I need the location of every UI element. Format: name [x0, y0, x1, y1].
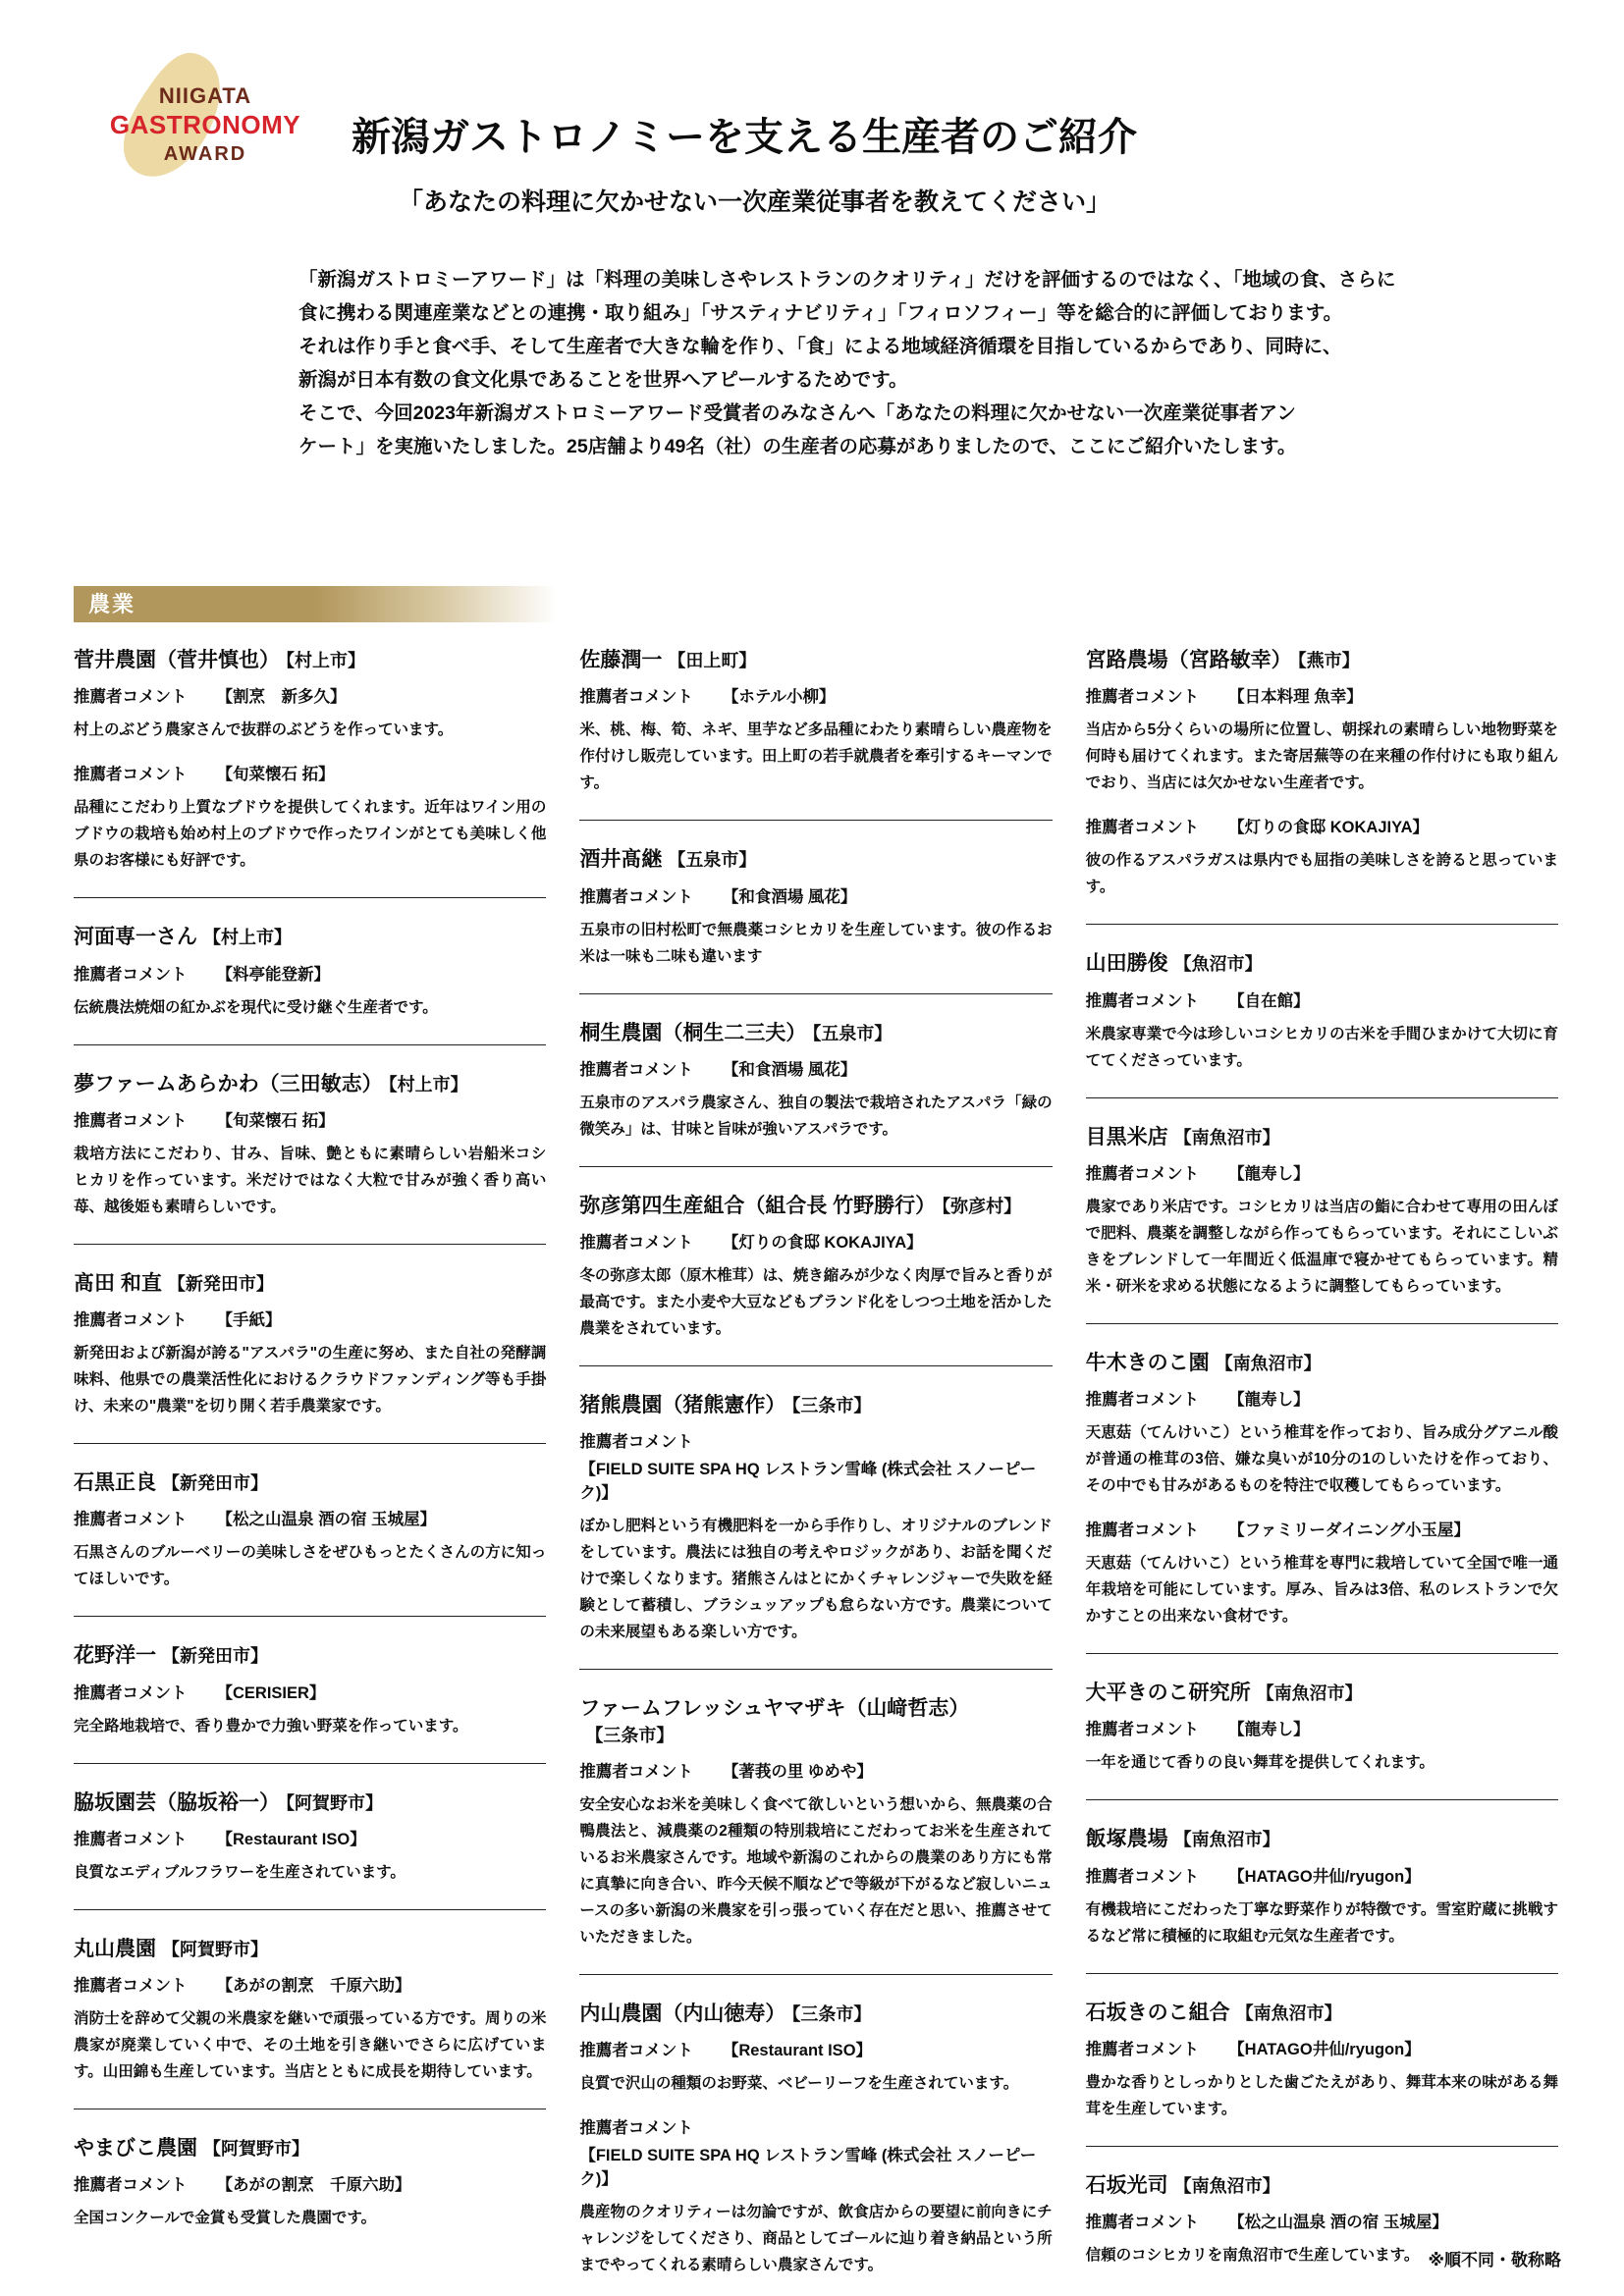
entry-divider: [1086, 924, 1558, 925]
producer-name-text: 夢ファームあらかわ（三田敏志）: [74, 1073, 383, 1095]
recommendation-text: 全国コンクールで金賞も受賞した農園です。: [74, 2205, 546, 2231]
recommender-label: 推薦者コメント: [1086, 992, 1200, 1010]
recommender-label: 推薦者コメント: [579, 688, 693, 706]
producer-name-text: 酒井髙継: [579, 848, 662, 871]
producer-city: 【五泉市】: [668, 850, 756, 870]
producer-name: 酒井髙継【五泉市】: [579, 847, 1052, 873]
recommender-venue: 【料亭能登新】: [217, 966, 331, 984]
recommender-venue: 【松之山温泉 酒の宿 玉城屋】: [217, 1511, 437, 1528]
recommendation-text: 品種にこだわり上質なブドウを提供してくれます。近年はワイン用のブドウの栽培も始め…: [74, 794, 546, 874]
producer-entry: 石黒正良【新発田市】推薦者コメント【松之山温泉 酒の宿 玉城屋】石黒さんのブルー…: [74, 1470, 546, 1592]
producer-name-text: 花野洋一: [74, 1644, 156, 1667]
producer-city: 【田上町】: [668, 651, 756, 670]
recommender-venue: 【自在館】: [1228, 992, 1310, 1010]
producer-name-text: 内山農園（内山徳寿）: [579, 2002, 785, 2025]
recommendation-text: 良質で沢山の種類のお野菜、ベビーリーフを生産されています。: [579, 2070, 1052, 2097]
producer-city: 【村上市】: [389, 1075, 468, 1095]
recommender-line: 推薦者コメント【ファミリーダイニング小玉屋】: [1086, 1519, 1558, 1542]
recommender-label: 推薦者コメント: [74, 1112, 188, 1130]
producer-name: 飯塚農場【南魚沼市】: [1086, 1827, 1558, 1852]
producer-city: 【魚沼市】: [1174, 954, 1263, 974]
producer-name: 宮路農場（宮路敏幸）【燕市】: [1086, 648, 1558, 673]
recommender-label: 推薦者コメント: [74, 688, 188, 706]
recommendation-text: 村上のぶどう農家さんで抜群のぶどうを作っています。: [74, 717, 546, 743]
recommender-line: 推薦者コメント【龍寿し】: [1086, 1388, 1558, 1412]
recommender-venue: 【CERISIER】: [217, 1684, 326, 1702]
entry-divider: [579, 1166, 1052, 1167]
column-1: 菅井農園（菅井慎也）【村上市】推薦者コメント【割烹 新多久】村上のぶどう農家さん…: [74, 648, 546, 2231]
recommender-venue: 【割烹 新多久】: [217, 688, 347, 706]
recommender-venue: 【旬菜懐石 拓】: [217, 766, 335, 783]
recommender-venue: 【龍寿し】: [1228, 1721, 1310, 1738]
producer-name-text: 髙田 和直: [74, 1272, 162, 1295]
recommender-line: 推薦者コメント【Restaurant ISO】: [74, 1828, 546, 1851]
producer-city: 【南魚沼市】: [1216, 1354, 1322, 1373]
producer-name-text: ファームフレッシュヤマザキ（山﨑哲志）: [579, 1697, 969, 1720]
recommender-line: 推薦者コメント【龍寿し】: [1086, 1162, 1558, 1186]
producer-entry: 宮路農場（宮路敏幸）【燕市】推薦者コメント【日本料理 魚幸】当店から5分くらいの…: [1086, 648, 1558, 900]
recommendation-text: 農家であり米店です。コシヒカリは当店の鮨に合わせて専用の田んぼで肥料、農薬を調整…: [1086, 1194, 1558, 1300]
recommendation-text: 農産物のクオリティーは勿論ですが、飲食店からの要望に前向きにチャレンジをしてくだ…: [579, 2199, 1052, 2278]
recommender-line: 推薦者コメント【割烹 新多久】: [74, 685, 546, 709]
recommender-line: 推薦者コメント【龍寿し】: [1086, 1718, 1558, 1741]
recommendation-text: 一年を通じて香りの良い舞茸を提供してくれます。: [1086, 1749, 1558, 1776]
recommendation-text: 当店から5分くらいの場所に位置し、朝採れの素晴らしい地物野菜を何時も届けてくれま…: [1086, 717, 1558, 796]
section-header-agriculture: 農業: [74, 586, 557, 622]
recommendation-text: 豊かな香りとしっかりとした歯ごたえがあり、舞茸本来の味がある舞茸を生産しています…: [1086, 2069, 1558, 2122]
producer-name-text: 宮路農場（宮路敏幸）: [1086, 649, 1292, 671]
recommender-line: 推薦者コメント【あがの割烹 千原六助】: [74, 1974, 546, 1998]
producer-city: 【村上市】: [203, 928, 292, 947]
recommendation-text: 天恵菇（てんけいこ）という椎茸を専門に栽培していて全国で唯一通年栽培を可能にして…: [1086, 1550, 1558, 1629]
recommendation-text: 安全安心なお米を美味しく食べて欲しいという想いから、無農薬の合鴨農法と、減農薬の…: [579, 1791, 1052, 1950]
recommender-label: 推薦者コメント: [1086, 1868, 1200, 1886]
recommendation-text: 五泉市のアスパラ農家さん、独自の製法で栽培されたアスパラ「緑の微笑み」は、甘味と…: [579, 1090, 1052, 1143]
producer-city: 【弥彦村】: [942, 1197, 1021, 1216]
recommender-venue: 【ホテル小柳】: [723, 688, 836, 706]
flyer-page: NIIGATA GASTRONOMY AWARD 新潟ガストロノミーを支える生産…: [0, 0, 1624, 2296]
recommender-line: 推薦者コメント【あがの割烹 千原六助】: [74, 2173, 546, 2197]
recommendation-text: 消防士を辞めて父親の米農家を継いで頑張っている方です。周りの米農家が廃業していく…: [74, 2005, 546, 2085]
producer-entry: 飯塚農場【南魚沼市】推薦者コメント【HATAGO井仙/ryugon】有機栽培にこ…: [1086, 1827, 1558, 1949]
producer-name: 河面専一さん【村上市】: [74, 925, 546, 950]
producer-name: 石坂光司【南魚沼市】: [1086, 2173, 1558, 2199]
entry-divider: [74, 1044, 546, 1045]
entry-divider: [1086, 1323, 1558, 1324]
entry-divider: [1086, 1799, 1558, 1800]
producer-name-text: 牛木きのこ園: [1086, 1352, 1210, 1374]
producer-city: 【南魚沼市】: [1174, 2176, 1280, 2196]
entry-divider: [74, 1763, 546, 1764]
producer-city: 【阿賀野市】: [286, 1793, 383, 1813]
recommender-venue: 【FIELD SUITE SPA HQ レストラン雪峰 (株式会社 スノーピーク…: [579, 2144, 1052, 2191]
logo-text-gastronomy: GASTRONOMY: [82, 110, 328, 140]
producer-entry: 内山農園（内山徳寿）【三条市】推薦者コメント【Restaurant ISO】良質…: [579, 2002, 1052, 2278]
producer-entry: 菅井農園（菅井慎也）【村上市】推薦者コメント【割烹 新多久】村上のぶどう農家さん…: [74, 648, 546, 874]
producer-name: 牛木きのこ園【南魚沼市】: [1086, 1351, 1558, 1376]
producer-name-text: 石坂きのこ組合: [1086, 2002, 1230, 2024]
recommender-line: 推薦者コメント【CERISIER】: [74, 1682, 546, 1705]
entry-divider: [1086, 1097, 1558, 1098]
page-title: 新潟ガストロノミーを支える生産者のご紹介: [352, 106, 1137, 162]
entry-divider: [74, 1443, 546, 1444]
entry-divider: [74, 897, 546, 898]
recommender-label: 推薦者コメント: [579, 888, 693, 906]
entry-divider: [74, 2109, 546, 2109]
recommender-venue: 【HATAGO井仙/ryugon】: [1228, 2041, 1421, 2058]
producer-name-text: 桐生農園（桐生二三夫）: [579, 1022, 806, 1044]
producer-name-text: 佐藤潤一: [579, 649, 662, 671]
producer-city: 【三条市】: [585, 1726, 674, 1745]
producer-name-text: 目黒米店: [1086, 1126, 1168, 1148]
recommendation-text: 伝統農法焼畑の紅かぶを現代に受け継ぐ生産者です。: [74, 994, 546, 1021]
producer-city: 【南魚沼市】: [1236, 2003, 1342, 2023]
recommender-venue: 【灯りの食邸 KOKAJIYA】: [1228, 819, 1429, 836]
recommendation-text: ぼかし肥料という有機肥料を一から手作りし、オリジナルのブレンドをしています。農法…: [579, 1513, 1052, 1645]
recommendation-text: 良質なエディブルフラワーを生産されています。: [74, 1859, 546, 1886]
producer-entry: 桐生農園（桐生二三夫）【五泉市】推薦者コメント【和食酒場 風花】五泉市のアスパラ…: [579, 1021, 1052, 1143]
producer-entry: 弥彦第四生産組合（組合長 竹野勝行）【弥彦村】推薦者コメント【灯りの食邸 KOK…: [579, 1194, 1052, 1342]
logo-text-award: AWARD: [82, 143, 328, 166]
recommender-line: 推薦者コメント【HATAGO井仙/ryugon】: [1086, 1865, 1558, 1889]
recommender-line: 推薦者コメント【日本料理 魚幸】: [1086, 685, 1558, 709]
recommender-venue: 【和食酒場 風花】: [723, 888, 857, 906]
producer-entry: 山田勝俊【魚沼市】推薦者コメント【自在館】米農家専業で今は珍しいコシヒカリの古米…: [1086, 951, 1558, 1073]
producer-city: 【新発田市】: [162, 1473, 268, 1493]
recommender-venue: 【あがの割烹 千原六助】: [217, 1977, 411, 1995]
producer-entry: 牛木きのこ園【南魚沼市】推薦者コメント【龍寿し】天恵菇（てんけいこ）という椎茸を…: [1086, 1351, 1558, 1629]
producer-city: 【新発田市】: [168, 1274, 274, 1294]
recommender-venue: 【龍寿し】: [1228, 1165, 1310, 1183]
producer-name: 夢ファームあらかわ（三田敏志）【村上市】: [74, 1072, 546, 1097]
recommender-line: 推薦者コメント【松之山温泉 酒の宿 玉城屋】: [74, 1508, 546, 1531]
producer-entry: 猪熊農園（猪熊憲作）【三条市】推薦者コメント【FIELD SUITE SPA H…: [579, 1393, 1052, 1645]
producer-name: やまびこ農園【阿賀野市】: [74, 2136, 546, 2162]
entry-divider: [1086, 1973, 1558, 1974]
producer-name: 菅井農園（菅井慎也）【村上市】: [74, 648, 546, 673]
award-logo: NIIGATA GASTRONOMY AWARD: [82, 39, 328, 187]
producer-city: 【南魚沼市】: [1257, 1683, 1363, 1703]
entry-divider: [579, 993, 1052, 994]
producer-name-text: 石黒正良: [74, 1471, 156, 1494]
recommender-label: 推薦者コメント: [74, 1684, 188, 1702]
recommender-line: 推薦者コメント【松之山温泉 酒の宿 玉城屋】: [1086, 2211, 1558, 2234]
producer-city: 【五泉市】: [812, 1024, 892, 1043]
recommendation-text: 米農家専業で今は珍しいコシヒカリの古米を手間ひまかけて大切に育ててくださっていま…: [1086, 1021, 1558, 1074]
recommender-venue: 【ファミリーダイニング小玉屋】: [1228, 1522, 1470, 1539]
logo-text-niigata: NIIGATA: [82, 83, 328, 109]
recommender-label: 推薦者コメント: [74, 1311, 188, 1329]
recommender-line: 推薦者コメント【灯りの食邸 KOKAJIYA】: [1086, 816, 1558, 839]
column-3: 宮路農場（宮路敏幸）【燕市】推薦者コメント【日本料理 魚幸】当店から5分くらいの…: [1086, 648, 1558, 2269]
recommendation-text: 栽培方法にこだわり、甘み、旨味、艶ともに素晴らしい岩船米コシヒカリを作っています…: [74, 1141, 546, 1220]
recommender-venue: 【松之山温泉 酒の宿 玉城屋】: [1228, 2214, 1448, 2231]
producer-name: 丸山農園【阿賀野市】: [74, 1937, 546, 1962]
producer-columns: 菅井農園（菅井慎也）【村上市】推薦者コメント【割烹 新多久】村上のぶどう農家さん…: [74, 648, 1558, 2278]
entry-divider: [1086, 1653, 1558, 1654]
recommender-venue: 【Restaurant ISO】: [217, 1831, 366, 1848]
entry-divider: [579, 1974, 1052, 1975]
producer-name: 脇坂園芸（脇坂裕一）【阿賀野市】: [74, 1790, 546, 1816]
producer-name: 髙田 和直【新発田市】: [74, 1271, 546, 1297]
recommender-line: 推薦者コメント【FIELD SUITE SPA HQ レストラン雪峰 (株式会社…: [579, 1430, 1052, 1505]
producer-name: 大平きのこ研究所【南魚沼市】: [1086, 1681, 1558, 1706]
entry-divider: [74, 1244, 546, 1245]
producer-entry: 目黒米店【南魚沼市】推薦者コメント【龍寿し】農家であり米店です。コシヒカリは当店…: [1086, 1125, 1558, 1300]
producer-name: 石黒正良【新発田市】: [74, 1470, 546, 1496]
entry-divider: [1086, 2146, 1558, 2147]
producer-city: 【村上市】: [286, 651, 365, 670]
producer-name: 弥彦第四生産組合（組合長 竹野勝行）【弥彦村】: [579, 1194, 1052, 1219]
recommender-venue: 【あがの割烹 千原六助】: [217, 2176, 411, 2194]
entry-divider: [74, 1909, 546, 1910]
section-label: 農業: [74, 586, 135, 622]
producer-name: 桐生農園（桐生二三夫）【五泉市】: [579, 1021, 1052, 1046]
recommender-venue: 【和食酒場 風花】: [723, 1061, 857, 1079]
producer-city: 【燕市】: [1298, 651, 1360, 670]
entry-divider: [579, 1669, 1052, 1670]
recommendation-text: 冬の弥彦太郎（原木椎茸）は、焼き縮みが少なく肉厚で旨みと香りが最高です。また小麦…: [579, 1262, 1052, 1342]
recommender-venue: 【HATAGO井仙/ryugon】: [1228, 1868, 1421, 1886]
intro-paragraph: 「新潟ガストロミーアワード」は「料理の美味しさやレストランのクオリティ」だけを評…: [298, 263, 1408, 463]
recommender-label: 推薦者コメント: [1086, 1721, 1200, 1738]
recommender-line: 推薦者コメント【自在館】: [1086, 989, 1558, 1013]
recommender-label: 推薦者コメント: [1086, 2214, 1200, 2231]
recommender-venue: 【日本料理 魚幸】: [1228, 688, 1363, 706]
producer-entry: 夢ファームあらかわ（三田敏志）【村上市】推薦者コメント【旬菜懐石 拓】栽培方法に…: [74, 1072, 546, 1220]
producer-name: 花野洋一【新発田市】: [74, 1643, 546, 1669]
recommender-label: 推薦者コメント: [579, 2119, 693, 2137]
producer-city: 【阿賀野市】: [203, 2139, 309, 2159]
recommender-label: 推薦者コメント: [1086, 2041, 1200, 2058]
producer-city: 【新発田市】: [162, 1646, 268, 1666]
producer-entry: 丸山農園【阿賀野市】推薦者コメント【あがの割烹 千原六助】消防士を辞めて父親の米…: [74, 1937, 546, 2085]
recommender-line: 推薦者コメント【Restaurant ISO】: [579, 2039, 1052, 2062]
recommender-venue: 【龍寿し】: [1228, 1391, 1310, 1409]
producer-name-text: 飯塚農場: [1086, 1828, 1168, 1850]
recommender-venue: 【Restaurant ISO】: [723, 2042, 872, 2059]
page-subtitle: 「あなたの料理に欠かせない一次産業従事者を教えてください」: [399, 183, 1110, 218]
recommender-line: 推薦者コメント【和食酒場 風花】: [579, 1058, 1052, 1082]
recommendation-text: 彼の作るアスパラガスは県内でも屈指の美味しさを誇ると思っています。: [1086, 847, 1558, 900]
recommendation-text: 天恵菇（てんけいこ）という椎茸を作っており、旨み成分グアニル酸が普通の椎茸の3倍…: [1086, 1419, 1558, 1499]
producer-entry: 酒井髙継【五泉市】推薦者コメント【和食酒場 風花】五泉市の旧村松町で無農薬コシヒ…: [579, 847, 1052, 969]
recommender-line: 推薦者コメント【HATAGO井仙/ryugon】: [1086, 2038, 1558, 2061]
producer-entry: 大平きのこ研究所【南魚沼市】推薦者コメント【龍寿し】一年を通じて香りの良い舞茸を…: [1086, 1681, 1558, 1776]
recommender-line: 推薦者コメント【旬菜懐石 拓】: [74, 1109, 546, 1133]
recommendation-text: 五泉市の旧村松町で無農薬コシヒカリを生産しています。彼の作るお米は一味も二味も違…: [579, 917, 1052, 970]
producer-name-text: やまびこ農園: [74, 2137, 197, 2160]
producer-name: 佐藤潤一【田上町】: [579, 648, 1052, 673]
producer-entry: 河面専一さん【村上市】推薦者コメント【料亭能登新】伝統農法焼畑の紅かぶを現代に受…: [74, 925, 546, 1020]
producer-name: 山田勝俊【魚沼市】: [1086, 951, 1558, 977]
entry-divider: [579, 1365, 1052, 1366]
producer-entry: 花野洋一【新発田市】推薦者コメント【CERISIER】完全路地栽培で、香り豊かで…: [74, 1643, 546, 1738]
recommender-line: 推薦者コメント【灯りの食邸 KOKAJIYA】: [579, 1231, 1052, 1255]
entry-divider: [74, 1616, 546, 1617]
recommendation-text: 石黒さんのブルーベリーの美味しさをぜひもっとたくさんの方に知ってほしいです。: [74, 1539, 546, 1592]
producer-name-text: 石坂光司: [1086, 2174, 1168, 2197]
recommender-label: 推薦者コメント: [1086, 1165, 1200, 1183]
producer-entry: やまびこ農園【阿賀野市】推薦者コメント【あがの割烹 千原六助】全国コンクールで金…: [74, 2136, 546, 2231]
producer-entry: 石坂きのこ組合【南魚沼市】推薦者コメント【HATAGO井仙/ryugon】豊かな…: [1086, 2001, 1558, 2122]
producer-entry: 佐藤潤一【田上町】推薦者コメント【ホテル小柳】米、桃、梅、筍、ネギ、里芋など多品…: [579, 648, 1052, 796]
recommender-label: 推薦者コメント: [1086, 819, 1200, 836]
recommender-label: 推薦者コメント: [74, 1977, 188, 1995]
recommender-line: 推薦者コメント【FIELD SUITE SPA HQ レストラン雪峰 (株式会社…: [579, 2116, 1052, 2191]
producer-name-text: 大平きのこ研究所: [1086, 1682, 1251, 1704]
recommender-line: 推薦者コメント【ホテル小柳】: [579, 685, 1052, 709]
producer-name-text: 弥彦第四生産組合（組合長 竹野勝行）: [579, 1195, 936, 1217]
recommender-venue: 【著莪の里 ゆめや】: [723, 1763, 873, 1781]
producer-name: 目黒米店【南魚沼市】: [1086, 1125, 1558, 1150]
recommender-label: 推薦者コメント: [74, 1511, 188, 1528]
recommender-label: 推薦者コメント: [74, 1831, 188, 1848]
recommendation-text: 完全路地栽培で、香り豊かで力強い野菜を作っています。: [74, 1713, 546, 1739]
recommender-venue: 【FIELD SUITE SPA HQ レストラン雪峰 (株式会社 スノーピーク…: [579, 1458, 1052, 1505]
producer-name-text: 猪熊農園（猪熊憲作）: [579, 1394, 785, 1416]
producer-city: 【阿賀野市】: [162, 1940, 268, 1959]
recommender-venue: 【手紙】: [217, 1311, 282, 1329]
producer-entry: 脇坂園芸（脇坂裕一）【阿賀野市】推薦者コメント【Restaurant ISO】良…: [74, 1790, 546, 1886]
producer-city: 【南魚沼市】: [1174, 1128, 1280, 1148]
recommender-label: 推薦者コメント: [1086, 1391, 1200, 1409]
recommendation-text: 米、桃、梅、筍、ネギ、里芋など多品種にわたり素晴らしい農産物を作付けし販売してい…: [579, 717, 1052, 796]
recommender-label: 推薦者コメント: [579, 1433, 693, 1451]
producer-name-text: 菅井農園（菅井慎也）: [74, 649, 280, 671]
recommender-label: 推薦者コメント: [74, 766, 188, 783]
footer-note: ※順不同・敬称略: [1428, 2246, 1561, 2270]
recommender-label: 推薦者コメント: [579, 1234, 693, 1252]
recommender-label: 推薦者コメント: [579, 1763, 693, 1781]
recommender-line: 推薦者コメント【和食酒場 風花】: [579, 885, 1052, 909]
recommender-venue: 【灯りの食邸 KOKAJIYA】: [723, 1234, 923, 1252]
recommender-label: 推薦者コメント: [579, 1061, 693, 1079]
producer-name-text: 河面専一さん: [74, 926, 197, 948]
recommendation-text: 有機栽培にこだわった丁寧な野菜作りが特徴です。雪室貯蔵に挑戦するなど常に積極的に…: [1086, 1896, 1558, 1949]
entry-divider: [579, 820, 1052, 821]
recommender-label: 推薦者コメント: [579, 2042, 693, 2059]
producer-entry: ファームフレッシュヤマザキ（山﨑哲志）【三条市】推薦者コメント【著莪の里 ゆめや…: [579, 1696, 1052, 1950]
recommendation-text: 新発田および新潟が誇る"アスパラ"の生産に努め、また自社の発酵調味料、他県での農…: [74, 1340, 546, 1419]
recommender-label: 推薦者コメント: [1086, 1522, 1200, 1539]
producer-name: ファームフレッシュヤマザキ（山﨑哲志）【三条市】: [579, 1696, 1052, 1748]
producer-name-text: 山田勝俊: [1086, 952, 1168, 975]
recommender-label: 推薦者コメント: [74, 966, 188, 984]
recommender-line: 推薦者コメント【手紙】: [74, 1308, 546, 1332]
recommender-line: 推薦者コメント【料亭能登新】: [74, 963, 546, 987]
recommender-line: 推薦者コメント【旬菜懐石 拓】: [74, 763, 546, 786]
producer-name: 内山農園（内山徳寿）【三条市】: [579, 2002, 1052, 2027]
column-2: 佐藤潤一【田上町】推薦者コメント【ホテル小柳】米、桃、梅、筍、ネギ、里芋など多品…: [579, 648, 1052, 2278]
recommender-venue: 【旬菜懐石 拓】: [217, 1112, 335, 1130]
producer-city: 【三条市】: [791, 1396, 871, 1415]
recommender-label: 推薦者コメント: [74, 2176, 188, 2194]
producer-entry: 髙田 和直【新発田市】推薦者コメント【手紙】新発田および新潟が誇る"アスパラ"の…: [74, 1271, 546, 1419]
recommender-line: 推薦者コメント【著莪の里 ゆめや】: [579, 1760, 1052, 1784]
producer-name: 石坂きのこ組合【南魚沼市】: [1086, 2001, 1558, 2026]
producer-city: 【南魚沼市】: [1174, 1830, 1280, 1849]
producer-city: 【三条市】: [791, 2004, 871, 2024]
producer-name-text: 丸山農園: [74, 1938, 156, 1960]
producer-name-text: 脇坂園芸（脇坂裕一）: [74, 1791, 280, 1814]
recommender-label: 推薦者コメント: [1086, 688, 1200, 706]
producer-name: 猪熊農園（猪熊憲作）【三条市】: [579, 1393, 1052, 1418]
